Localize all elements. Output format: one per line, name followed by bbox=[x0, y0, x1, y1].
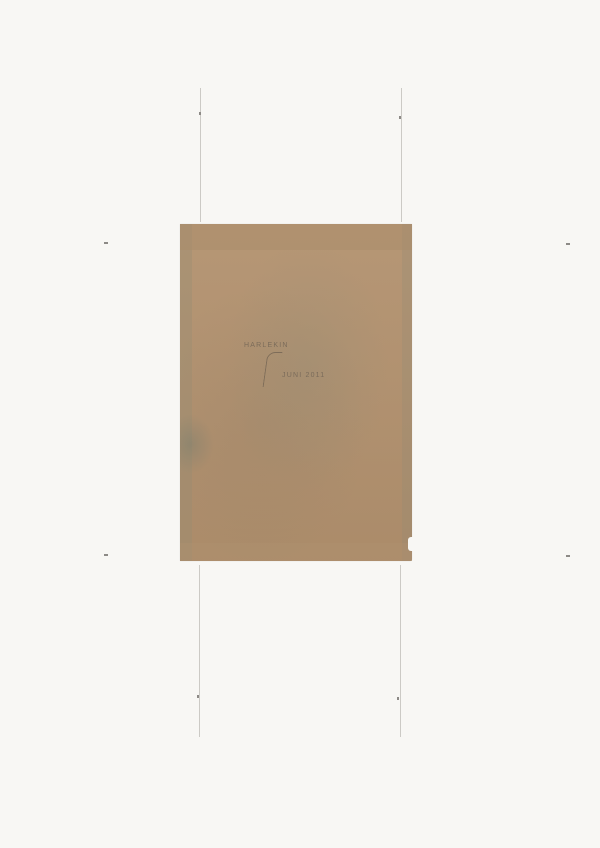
crop-line-top-left bbox=[200, 88, 201, 222]
registration-mark-left-bottom bbox=[104, 554, 108, 556]
scanned-page: HARLEKIN JUNI 2011 bbox=[0, 0, 600, 848]
tape-strip-bottom bbox=[180, 543, 412, 561]
crop-line-bottom-right bbox=[400, 565, 401, 737]
torn-corner bbox=[408, 537, 414, 551]
tape-strip-top bbox=[180, 224, 412, 250]
registration-mark-right-top bbox=[566, 243, 570, 245]
registration-mark-left-top bbox=[104, 242, 108, 244]
inscription-date: JUNI 2011 bbox=[282, 372, 325, 379]
stain-mark bbox=[180, 414, 214, 474]
tape-strip-left bbox=[180, 224, 192, 561]
brown-paper-artwork: HARLEKIN JUNI 2011 bbox=[180, 224, 412, 561]
signature-icon bbox=[263, 352, 283, 387]
crop-line-top-right bbox=[401, 88, 402, 222]
inscription-title: HARLEKIN bbox=[244, 342, 289, 349]
registration-tick bbox=[197, 695, 199, 698]
registration-tick bbox=[399, 116, 401, 119]
registration-tick bbox=[397, 697, 399, 700]
tape-strip-right bbox=[402, 224, 412, 561]
registration-tick bbox=[199, 112, 201, 115]
crop-line-bottom-left bbox=[199, 565, 200, 737]
registration-mark-right-bottom bbox=[566, 555, 570, 557]
